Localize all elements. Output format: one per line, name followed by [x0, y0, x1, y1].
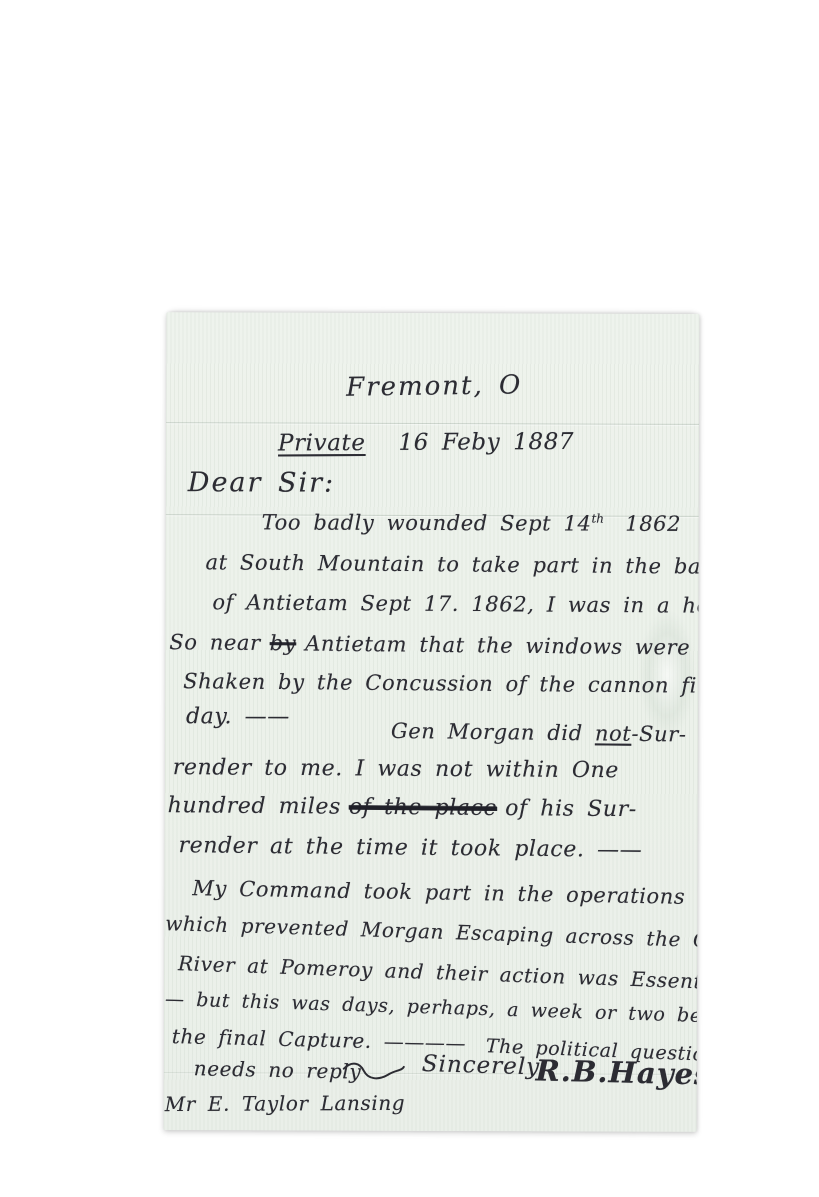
line-text: hundred miles: [168, 793, 341, 820]
strikethrough-phrase: of the place: [349, 795, 497, 821]
letter-line: — but this was days, perhaps, a week or …: [165, 988, 700, 1028]
signature: R.B.Hayes: [535, 1053, 699, 1091]
superscript-ordinal: th: [591, 512, 604, 526]
salutation: Dear Sir:: [188, 467, 335, 499]
privacy-label: Private: [278, 430, 366, 456]
recipient-line: Mr E. Taylor Lansing: [165, 1091, 406, 1116]
place-line: Fremont, O: [346, 370, 523, 402]
flourish-mark: [342, 1057, 406, 1087]
line-text: -Sur-: [631, 722, 686, 747]
letter-line: Too badly wounded Sept 14th 1862: [262, 510, 682, 535]
letter-line: of Antietam Sept 17. 1862, I was in a ho…: [212, 590, 699, 618]
date-text: 16 Feby 1887: [398, 429, 574, 456]
letter-line: day. ——: [186, 704, 290, 729]
letter-line: My Command took part in the operations: [192, 876, 685, 909]
letter-line: hundred milesof the placeof his Sur-: [168, 793, 637, 822]
letter-line: render at the time it took place. ——: [178, 833, 642, 863]
letter-line: Gen Morgan did not-Sur-: [391, 719, 687, 747]
fold-crease: [166, 422, 699, 427]
letter-paper: Fremont, O Private 16 Feby 1887 Dear Sir…: [164, 312, 700, 1132]
letter-line: River at Pomeroy and their action was Es…: [178, 951, 700, 994]
line-text: Antietam that the windows were: [305, 632, 690, 660]
line-text: Gen Morgan did: [391, 719, 583, 745]
line-text: So near: [169, 630, 261, 655]
letter-line: render to me. I was not within One: [173, 755, 619, 783]
closing-sincerely: Sincerely: [421, 1051, 540, 1081]
line-text: Too badly wounded Sept 14: [262, 510, 592, 535]
letter-line: at South Mountain to take part in the ba…: [205, 550, 699, 579]
line-text: 1862: [625, 512, 681, 536]
letter-line: So nearbyAntietam that the windows were: [169, 630, 690, 659]
letter-line: Shaken by the Concussion of the cannon f…: [183, 669, 699, 698]
fold-crease-line: [166, 422, 699, 425]
line-text: of his Sur-: [505, 796, 637, 822]
letter-line: which prevented Morgan Escaping across t…: [165, 911, 700, 953]
date-line: Private 16 Feby 1887: [278, 429, 574, 457]
underlined-word: not: [595, 721, 632, 745]
letter-line: needs no reply: [194, 1056, 362, 1084]
strikethrough-word: by: [270, 631, 297, 655]
